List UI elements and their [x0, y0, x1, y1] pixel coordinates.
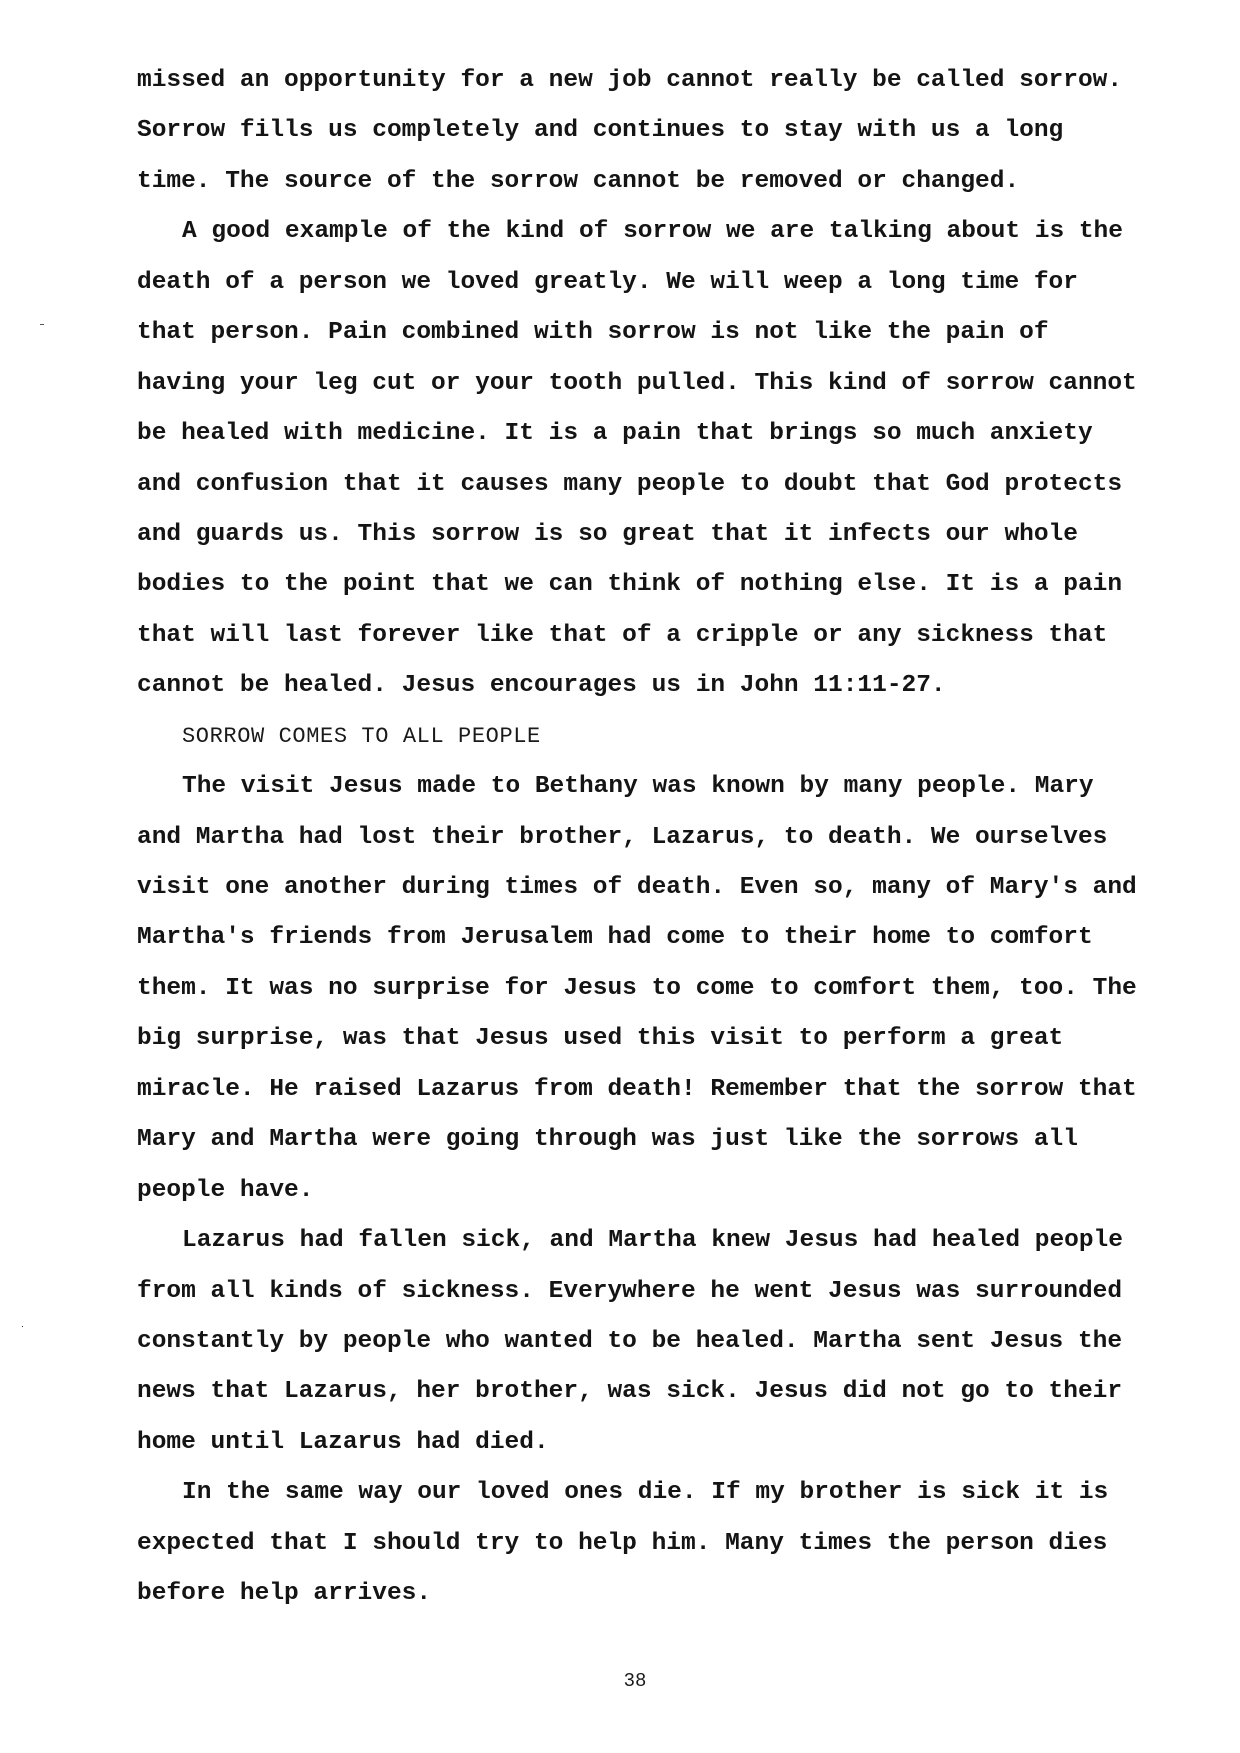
text-line: visit one another during times of death.… [137, 863, 1197, 913]
scan-speck [40, 324, 44, 325]
scan-speck [22, 1326, 23, 1327]
text-line: The visit Jesus made to Bethany was know… [137, 762, 1197, 812]
text-line: In the same way our loved ones die. If m… [137, 1468, 1197, 1518]
text-line: Martha's friends from Jerusalem had come… [137, 913, 1197, 963]
text-line: Lazarus had fallen sick, and Martha knew… [137, 1216, 1197, 1266]
text-line: cannot be healed. Jesus encourages us in… [137, 661, 1197, 711]
text-line: death of a person we loved greatly. We w… [137, 258, 1197, 308]
text-line: and Martha had lost their brother, Lazar… [137, 813, 1197, 863]
text-line: them. It was no surprise for Jesus to co… [137, 964, 1197, 1014]
text-line: A good example of the kind of sorrow we … [137, 207, 1197, 257]
text-line: that will last forever like that of a cr… [137, 611, 1197, 661]
text-line: be healed with medicine. It is a pain th… [137, 409, 1197, 459]
document-page: missed an opportunity for a new job cann… [0, 0, 1240, 1753]
text-line: big surprise, was that Jesus used this v… [137, 1014, 1197, 1064]
text-line: Sorrow fills us completely and continues… [137, 106, 1197, 156]
text-line: miracle. He raised Lazarus from death! R… [137, 1065, 1197, 1115]
text-line: news that Lazarus, her brother, was sick… [137, 1367, 1197, 1417]
text-line: bodies to the point that we can think of… [137, 560, 1197, 610]
text-line: from all kinds of sickness. Everywhere h… [137, 1267, 1197, 1317]
text-line: home until Lazarus had died. [137, 1418, 1197, 1468]
text-line: that person. Pain combined with sorrow i… [137, 308, 1197, 358]
text-line: missed an opportunity for a new job cann… [137, 56, 1197, 106]
text-line: people have. [137, 1166, 1197, 1216]
section-heading: SORROW COMES TO ALL PEOPLE [137, 712, 1197, 762]
text-line: expected that I should try to help him. … [137, 1519, 1197, 1569]
text-line: and confusion that it causes many people… [137, 460, 1197, 510]
page-number: 38 [0, 1670, 1240, 1692]
text-line: and guards us. This sorrow is so great t… [137, 510, 1197, 560]
body-text: missed an opportunity for a new job cann… [137, 56, 1197, 1620]
text-line: time. The source of the sorrow cannot be… [137, 157, 1197, 207]
text-line: constantly by people who wanted to be he… [137, 1317, 1197, 1367]
text-line: Mary and Martha were going through was j… [137, 1115, 1197, 1165]
text-line: before help arrives. [137, 1569, 1197, 1619]
text-line: having your leg cut or your tooth pulled… [137, 359, 1197, 409]
